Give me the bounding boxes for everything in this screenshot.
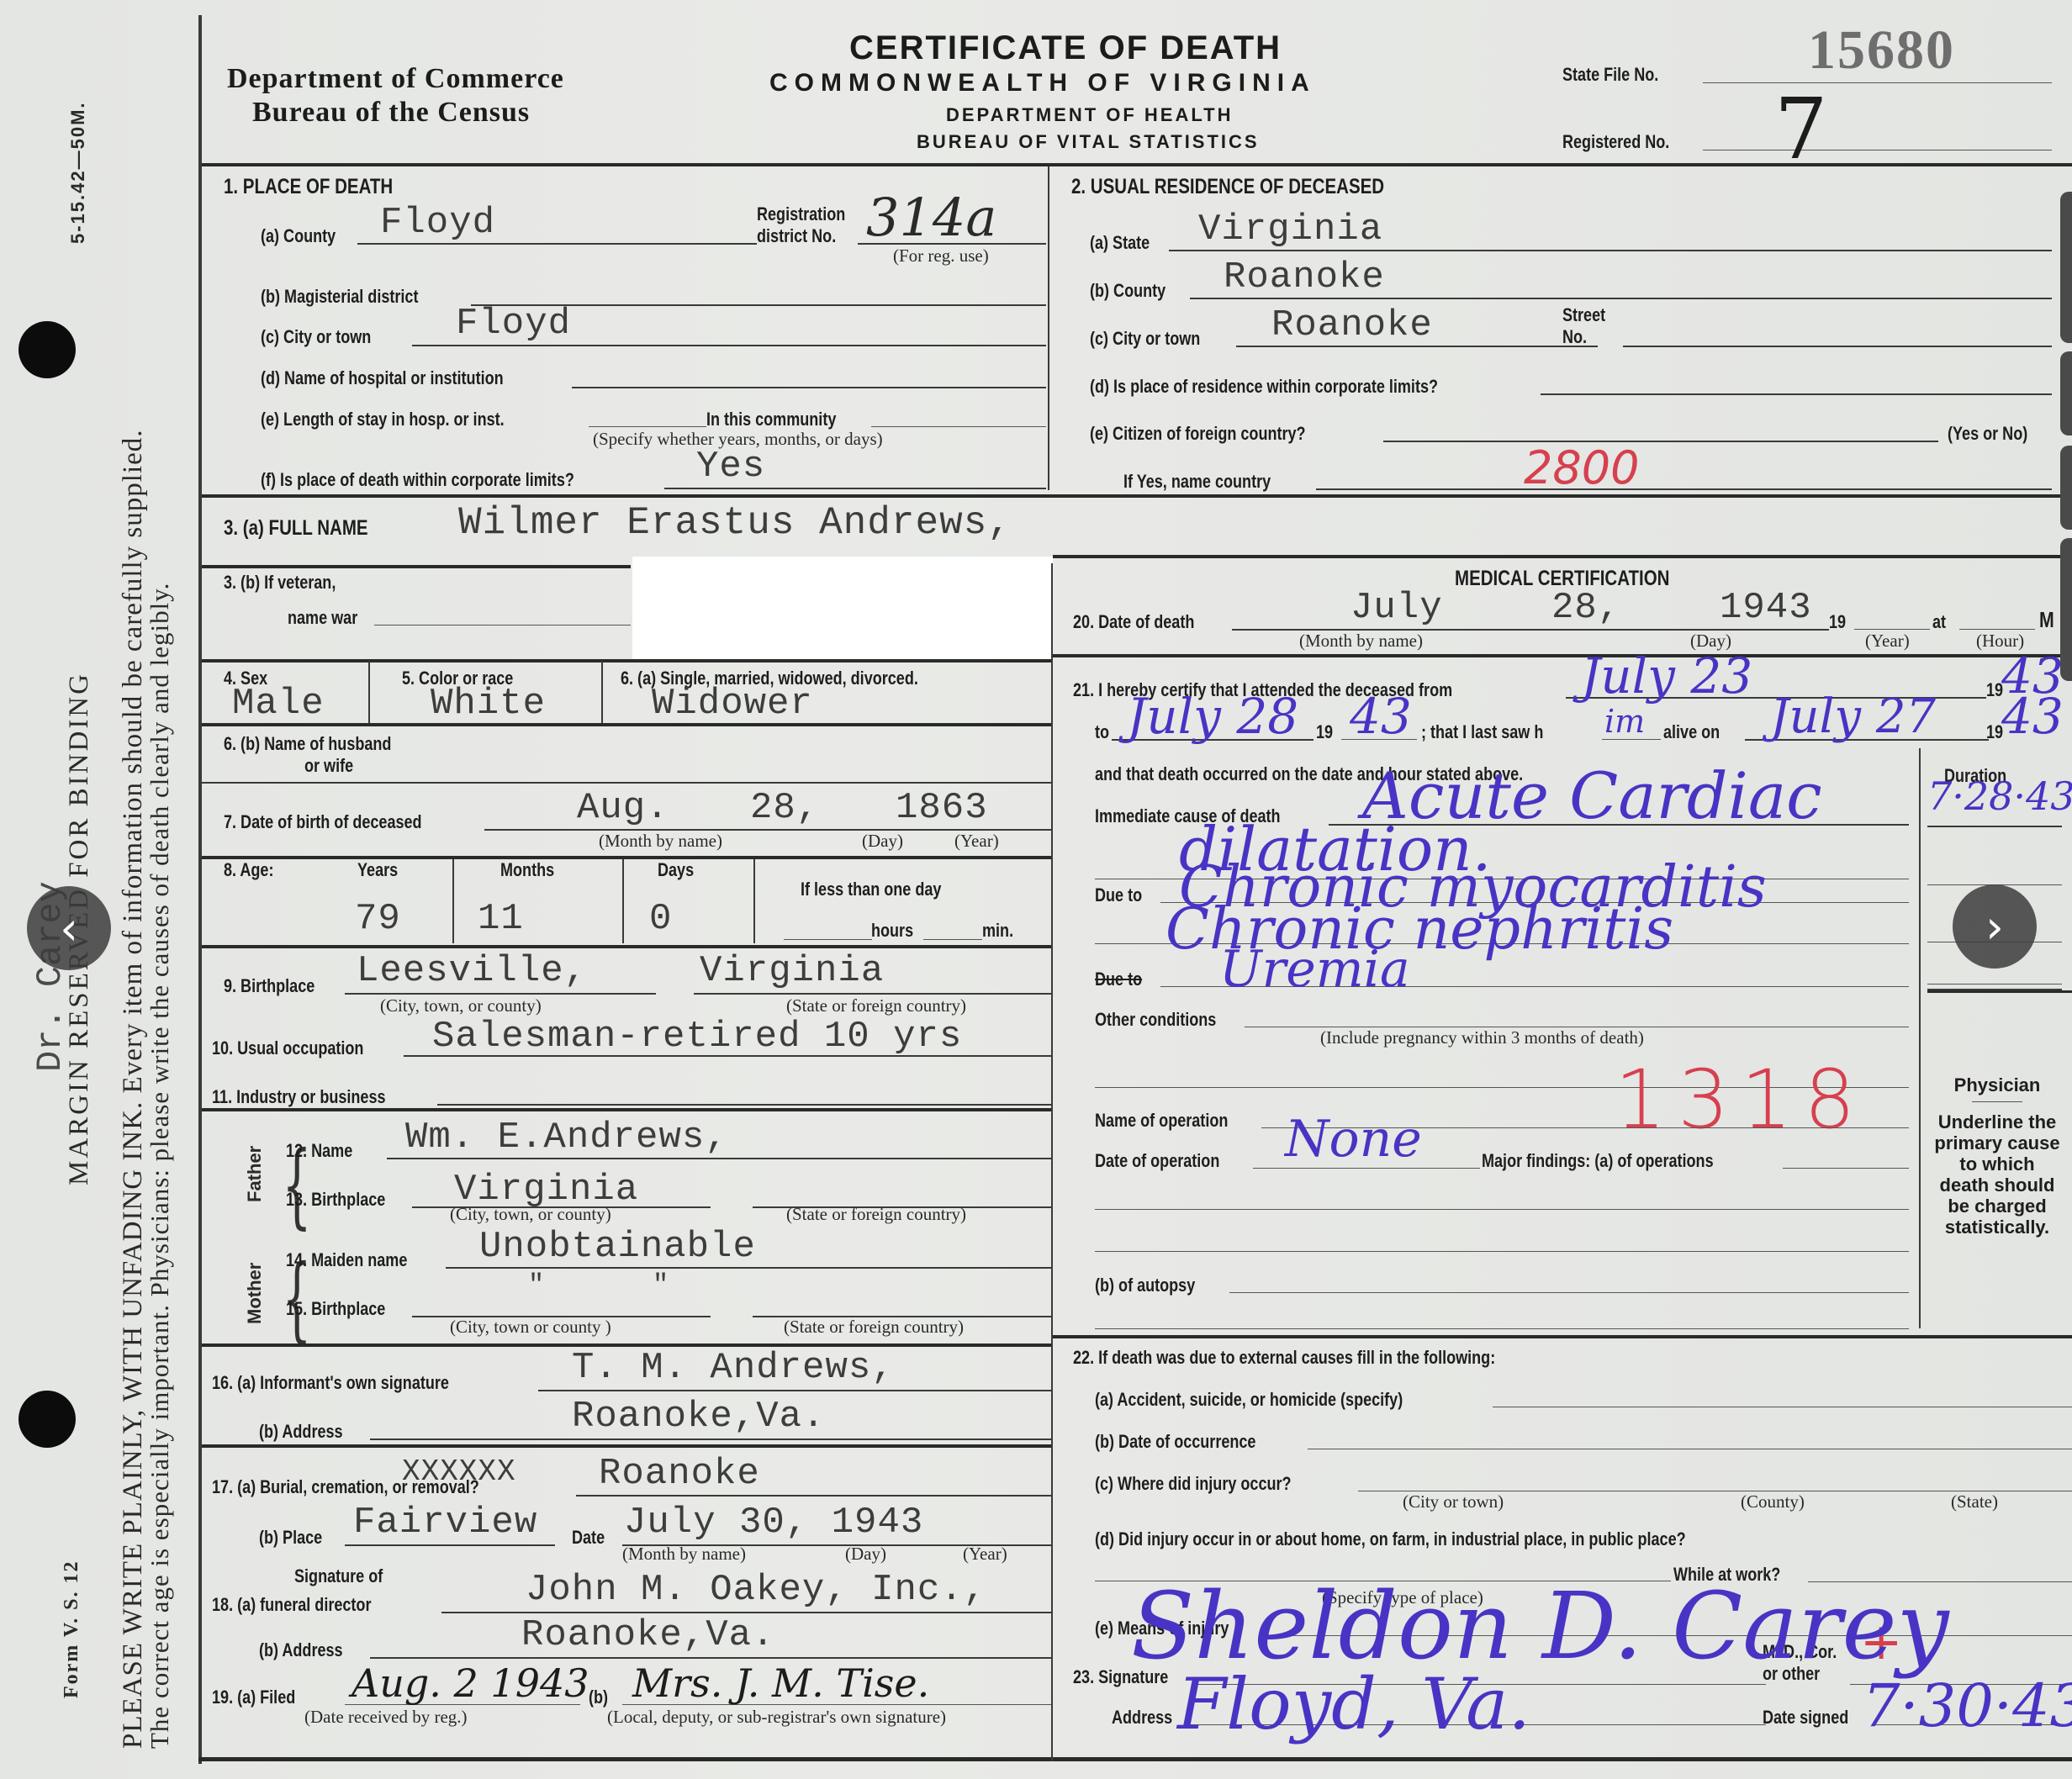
frame-bottom-border — [198, 1757, 2072, 1761]
binding-hole-bottom — [18, 1391, 76, 1448]
hours-label: hours — [871, 920, 913, 942]
residence-heading: 2. USUAL RESIDENCE OF DECEASED — [1071, 175, 1384, 199]
duration-value[interactable]: 7·28·43 — [1927, 773, 2072, 819]
spouse-line — [202, 782, 1051, 784]
father-name-value[interactable]: Wm. E.Andrews, — [405, 1116, 728, 1159]
father-state-hint: (State or foreign country) — [786, 1204, 966, 1225]
state-file-number: 15680 — [1808, 18, 1955, 82]
father-label: Father — [244, 1146, 266, 1202]
cause-line-5[interactable]: Uremia — [1219, 940, 1410, 999]
chevron-right-icon: › — [1985, 900, 2004, 953]
bureau-vital-stats: BUREAU OF VITAL STATISTICS — [917, 131, 1260, 153]
filed-label: 19. (a) Filed — [212, 1687, 295, 1708]
reg-use-hint: (For reg. use) — [893, 245, 989, 267]
age-months-value[interactable]: 11 — [478, 898, 524, 940]
alive-label: alive on — [1663, 721, 1720, 743]
accident-label: (a) Accident, suicide, or homicide (spec… — [1095, 1389, 1403, 1411]
duration-line-4 — [1927, 984, 2062, 985]
ditto-mark-1: " — [528, 1270, 545, 1301]
side-tab-4[interactable] — [2060, 446, 2072, 530]
reg-district-label-2: district No. — [757, 225, 836, 247]
dod-month-hint: (Month by name) — [1299, 631, 1423, 652]
burial-strike: XXXXXX — [402, 1454, 516, 1489]
physician-note: Underline the primary cause to which dea… — [1934, 1111, 2060, 1238]
side-tab-2[interactable] — [2060, 259, 2072, 343]
medical-top-divider — [1053, 555, 2072, 558]
to-label: to — [1095, 721, 1109, 743]
min-line — [923, 939, 982, 940]
age-label: 8. Age: — [224, 859, 273, 881]
state-file-label: State File No. — [1562, 64, 1658, 86]
due-to-label-2: Due to — [1095, 969, 1142, 990]
dob-day-hint: (Day) — [862, 831, 903, 852]
section-divider-3 — [202, 659, 1051, 663]
last-saw-label: ; that I last saw h — [1421, 721, 1543, 743]
m-label: M — [2039, 607, 2054, 633]
filed-hint: (Date received by reg.) — [304, 1707, 468, 1728]
section-divider-7 — [202, 1108, 1051, 1111]
race-value[interactable]: White — [431, 683, 546, 725]
section-divider-2 — [202, 565, 631, 568]
res-county-label: (b) County — [1090, 280, 1165, 302]
age-years-label: Years — [357, 859, 398, 881]
country-label: If Yes, name country — [1123, 471, 1271, 493]
registrar-label: (b) — [589, 1687, 608, 1708]
hospital-line — [572, 387, 1046, 388]
binding-hole-top — [18, 321, 76, 378]
at-label: at — [1932, 611, 1946, 633]
operation-name-label: Name of operation — [1095, 1110, 1228, 1132]
last-saw-pronoun[interactable]: im — [1604, 703, 1645, 740]
min-label: min. — [982, 920, 1013, 942]
city-label: (c) City or town — [261, 326, 371, 348]
birthplace-state-line — [694, 993, 1051, 995]
dept-commerce: Department of Commerce — [227, 63, 564, 95]
frame-left-border — [198, 15, 202, 1764]
occurrence-label: (b) Date of occurrence — [1095, 1431, 1255, 1453]
county-value[interactable]: Floyd — [380, 202, 495, 244]
race-marital-divider — [601, 661, 603, 723]
burial-line — [576, 1495, 1051, 1497]
father-name-label: 12. Name — [286, 1140, 352, 1162]
res-city-value[interactable]: Roanoke — [1271, 304, 1433, 346]
corporate-line — [664, 488, 1046, 489]
burial-value[interactable]: Roanoke — [599, 1453, 760, 1495]
header-divider — [202, 163, 2072, 166]
accident-line — [1493, 1407, 2072, 1407]
dob-year-hint: (Year) — [954, 831, 999, 852]
where-city-hint: (City or town) — [1403, 1491, 1504, 1512]
informant-line — [538, 1390, 1051, 1391]
external-heading: 22. If death was due to external causes … — [1073, 1347, 1495, 1369]
where-county-hint: (County) — [1741, 1491, 1805, 1512]
sex-value[interactable]: Male — [232, 683, 325, 725]
red-stamp-2800: 2800 — [1524, 441, 1639, 494]
mother-city-hint: (City, town or county ) — [450, 1317, 611, 1338]
ditto-mark-2: " — [653, 1270, 669, 1301]
funeral-director-line — [441, 1612, 1051, 1613]
father-city-hint: (City, town, or county) — [450, 1204, 611, 1225]
father-birthplace-label: 13. Birthplace — [286, 1189, 385, 1211]
findings-blank-2 — [1095, 1251, 1909, 1252]
city-value[interactable]: Floyd — [456, 303, 571, 345]
birthplace-city-hint: (City, town, or county) — [380, 995, 542, 1016]
where-label: (c) Where did injury occur? — [1095, 1473, 1292, 1495]
occupation-label: 10. Usual occupation — [212, 1037, 363, 1059]
hospital-label: (d) Name of hospital or institution — [261, 367, 504, 389]
burial-day-hint: (Day) — [845, 1544, 886, 1565]
physician-heading: Physician — [1934, 1074, 2060, 1096]
date-signed-label: Date signed — [1763, 1707, 1848, 1729]
mother-name-value[interactable]: Unobtainable — [479, 1226, 756, 1268]
section-divider-middle — [1051, 563, 1053, 1761]
section-divider-top — [1048, 166, 1049, 490]
community-label: In this community — [706, 409, 836, 430]
citizen-label: (e) Citizen of foreign country? — [1090, 423, 1306, 445]
age-months-label: Months — [500, 859, 554, 881]
funeral-director-value[interactable]: John M. Oakey, Inc., — [526, 1569, 986, 1611]
age-days-value[interactable]: 0 — [649, 898, 672, 940]
age-divider-3 — [753, 859, 755, 943]
side-tab-5[interactable] — [2060, 538, 2072, 681]
section-divider-5 — [202, 856, 1051, 859]
certificate-title: CERTIFICATE OF DEATH — [849, 29, 1282, 67]
war-label: name war — [288, 607, 357, 629]
filed-value[interactable]: Aug. 2 1943 — [351, 1660, 589, 1706]
mother-state-hint: (State or foreign country) — [784, 1317, 964, 1338]
funeral-address-line — [370, 1657, 1051, 1659]
funeral-director-label: 18. (a) funeral director — [212, 1594, 371, 1616]
section-divider-1 — [202, 494, 2072, 498]
age-divider-1 — [452, 859, 454, 943]
dob-month[interactable]: Aug. — [577, 787, 669, 829]
citizen-line — [1383, 441, 1938, 442]
hours-line — [784, 939, 872, 940]
margin-instruction-2: The correct age is especially important.… — [145, 583, 175, 1749]
mother-birthplace-label: 15. Birthplace — [286, 1298, 385, 1320]
to-year-value[interactable]: 43 — [1350, 688, 1412, 745]
sig-address-value[interactable]: Floyd, Va. — [1177, 1663, 1530, 1745]
burial-date-value[interactable]: July 30, 1943 — [624, 1502, 923, 1544]
occupation-value[interactable]: Salesman-retired 10 yrs — [432, 1016, 962, 1058]
prev-image-button[interactable]: ‹ — [27, 886, 111, 970]
spouse-label-2: or wife — [304, 755, 353, 777]
dob-year[interactable]: 1863 — [896, 787, 988, 829]
duration-divider — [1919, 748, 1921, 1328]
birthplace-state[interactable]: Virginia — [700, 950, 884, 992]
funeral-address-label: (b) Address — [259, 1639, 343, 1661]
side-tab-3[interactable] — [2060, 351, 2072, 436]
due-to-label-1: Due to — [1095, 884, 1142, 906]
to-19: 19 — [1316, 721, 1333, 743]
yes-no-hint: (Yes or No) — [1948, 423, 2027, 445]
cause-bottom-divider — [1927, 990, 2072, 993]
res-corporate-line — [1541, 393, 2052, 395]
home-label: (d) Did injury occur in or about home, o… — [1095, 1528, 1686, 1550]
operation-value[interactable]: None — [1285, 1110, 1422, 1169]
burial-month-hint: (Month by name) — [622, 1544, 746, 1565]
sex-race-divider — [368, 661, 370, 723]
marital-value[interactable]: Widower — [652, 683, 813, 725]
country-line — [1316, 488, 2052, 490]
sig-address-label: Address — [1112, 1707, 1172, 1729]
state-file-line — [1703, 82, 2052, 83]
street-no-label: No. — [1562, 326, 1587, 348]
bureau-census: Bureau of the Census — [252, 97, 530, 129]
date-signed-value[interactable]: 7·30·43 — [1863, 1671, 2072, 1740]
dob-day[interactable]: 28, — [750, 787, 819, 829]
mother-name-label: 14. Maiden name — [286, 1249, 407, 1271]
registrar-signature[interactable]: Mrs. J. M. Tise. — [632, 1660, 929, 1706]
redacted-area — [632, 557, 1053, 659]
dod-label: 20. Date of death — [1073, 611, 1194, 633]
dod-day[interactable]: 28, — [1551, 587, 1620, 629]
informant-address-label: (b) Address — [259, 1421, 343, 1443]
informant-address-value[interactable]: Roanoke,Va. — [572, 1396, 825, 1438]
form-print-code: 5-15.42—50M. — [67, 101, 89, 244]
death-certificate: 5-15.42—50M. PLEASE WRITE PLAINLY, WITH … — [0, 0, 2072, 1779]
dod-year[interactable]: 1943 — [1720, 587, 1812, 629]
hour-line — [1959, 629, 2035, 630]
res-state-value[interactable]: Virginia — [1198, 209, 1382, 251]
stay-label: (e) Length of stay in hosp. or inst. — [261, 409, 505, 430]
attended-from-value[interactable]: July 23 — [1581, 647, 1752, 705]
corporate-value[interactable]: Yes — [696, 446, 765, 488]
funeral-director-pre: Signature of — [294, 1565, 383, 1587]
informant-signature[interactable]: T. M. Andrews, — [572, 1347, 895, 1389]
chevron-left-icon: ‹ — [60, 902, 78, 955]
registrar-hint: (Local, deputy, or sub-registrar's own s… — [607, 1707, 946, 1728]
section-divider-9 — [202, 1444, 1051, 1448]
findings-label: Major findings: (a) of operations — [1482, 1150, 1714, 1172]
birthplace-city-line — [345, 993, 656, 995]
age-divider-2 — [622, 859, 624, 943]
war-line — [374, 625, 631, 626]
community-line — [871, 426, 1046, 427]
age-years-value[interactable]: 79 — [355, 898, 401, 940]
dod-year-line — [1854, 629, 1930, 630]
medical-divider-2 — [1053, 654, 2072, 657]
autopsy-label: (b) of autopsy — [1095, 1275, 1195, 1296]
where-state-hint: (State) — [1951, 1491, 1998, 1512]
age-days-label: Days — [658, 859, 694, 881]
mother-label: Mother — [244, 1263, 266, 1324]
informant-label: 16. (a) Informant's own signature — [212, 1372, 449, 1394]
place-of-death-heading: 1. PLACE OF DEATH — [224, 175, 393, 199]
dod-month[interactable]: July — [1350, 587, 1443, 629]
dob-month-hint: (Month by name) — [599, 831, 722, 852]
burial-place-label: (b) Place — [259, 1527, 322, 1549]
autopsy-blank — [1095, 1328, 1909, 1329]
other-conditions-label: Other conditions — [1095, 1009, 1216, 1031]
veteran-label: 3. (b) If veteran, — [224, 572, 336, 594]
section-divider-6 — [202, 945, 1051, 948]
full-name-label: 3. (a) FULL NAME — [224, 516, 368, 541]
reg-district-value[interactable]: 314a — [866, 187, 996, 248]
reg-district-label: Registration — [757, 203, 845, 225]
birthplace-state-hint: (State or foreign country) — [786, 995, 966, 1016]
alive-year-value[interactable]: 43 — [2001, 688, 2064, 745]
next-image-button[interactable]: › — [1953, 884, 2037, 969]
burial-year-hint: (Year) — [963, 1544, 1007, 1565]
stay-line — [589, 426, 706, 427]
informant-address-line — [370, 1439, 1051, 1440]
res-corporate-label: (d) Is place of residence within corpora… — [1090, 376, 1438, 398]
dod-year-hint: (Year) — [1865, 631, 1910, 652]
autopsy-line — [1229, 1292, 1909, 1293]
duration-line-1 — [1927, 826, 2062, 827]
spouse-label: 6. (b) Name of husband — [224, 733, 391, 755]
pregnancy-hint: (Include pregnancy within 3 months of de… — [1320, 1027, 1644, 1048]
commonwealth-title: COMMONWEALTH OF VIRGINIA — [769, 69, 1316, 98]
medical-bottom-divider — [1053, 1335, 2072, 1338]
street-line — [1623, 346, 2052, 347]
street-label: Street — [1562, 304, 1605, 326]
full-name-value[interactable]: Wilmer Erastus Andrews, — [458, 501, 1012, 545]
registered-label: Registered No. — [1562, 131, 1669, 153]
burial-date-label: Date — [572, 1527, 605, 1549]
dod-19: 19 — [1829, 611, 1846, 633]
attended-to-value[interactable]: July 28 — [1127, 688, 1298, 745]
section-divider-4 — [202, 723, 1051, 726]
res-county-value[interactable]: Roanoke — [1224, 256, 1385, 298]
department-health: DEPARTMENT OF HEALTH — [946, 104, 1234, 126]
findings-blank-1 — [1095, 1209, 1909, 1210]
county-label: (a) County — [261, 225, 336, 247]
industry-label: 11. Industry or business — [212, 1086, 386, 1108]
corporate-label: (f) Is place of death within corporate l… — [261, 469, 574, 491]
registered-line — [1703, 150, 2052, 150]
burial-place-value[interactable]: Fairview — [353, 1502, 537, 1544]
city-line — [412, 345, 1046, 346]
findings-line — [1783, 1168, 1909, 1169]
res-state-label: (a) State — [1090, 232, 1150, 254]
alive-date-value[interactable]: July 27 — [1770, 689, 1936, 744]
res-city-label: (c) City or town — [1090, 328, 1200, 350]
occurrence-line — [1308, 1449, 2072, 1449]
red-code-stamp: 1318 — [1615, 1053, 1867, 1147]
operation-date-label: Date of operation — [1095, 1150, 1219, 1172]
physician-divider — [1972, 1101, 2022, 1102]
birthplace-label: 9. Birthplace — [224, 975, 314, 997]
burial-place-line — [345, 1544, 555, 1546]
less-day-label: If less than one day — [801, 879, 941, 900]
funeral-address-value[interactable]: Roanoke,Va. — [521, 1614, 774, 1656]
industry-line — [437, 1104, 1051, 1106]
dob-label: 7. Date of birth of deceased — [224, 811, 422, 833]
margin-form-id: Form V. S. 12 — [61, 1560, 83, 1698]
birthplace-city[interactable]: Leesville, — [357, 950, 587, 992]
magisterial-label: (b) Magisterial district — [261, 286, 418, 308]
